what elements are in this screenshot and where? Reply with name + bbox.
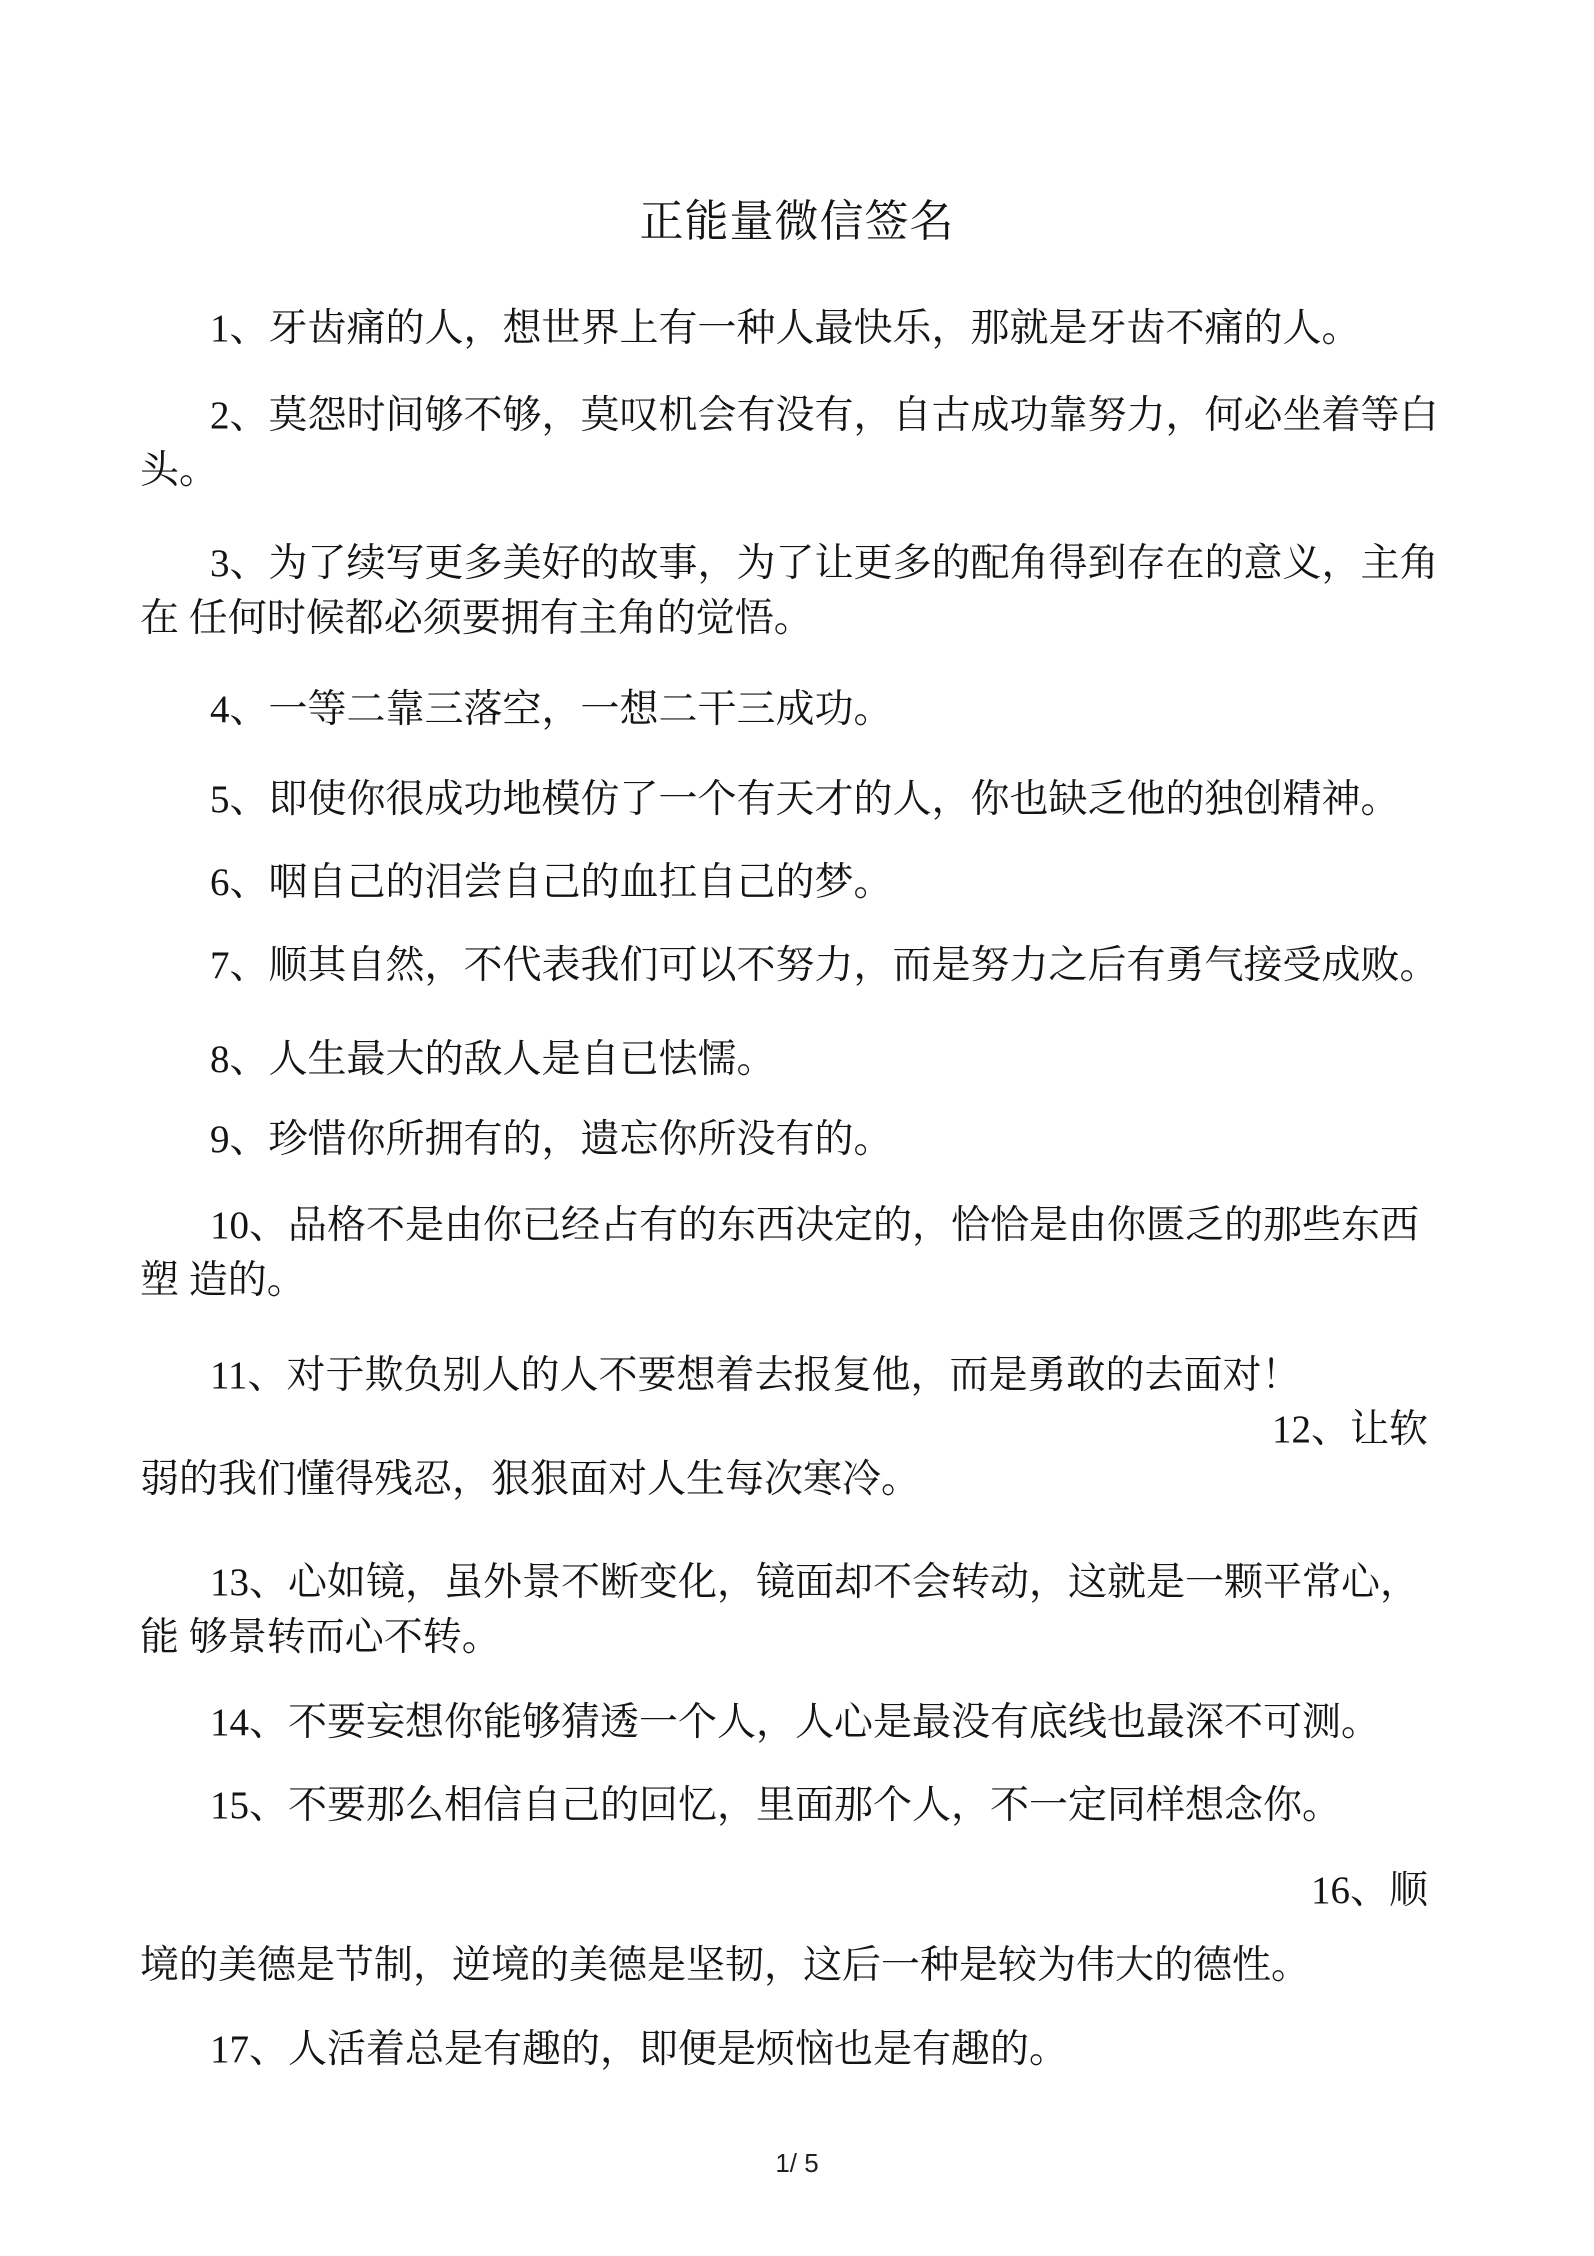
quote-line: 13、心如镜，虽外景不断变化，镜面却不会转动，这就是一颗平常心， <box>140 1555 1478 1610</box>
quote-item-1: 1、牙齿痛的人，想世界上有一种人最快乐，那就是牙齿不痛的人。 <box>140 301 1478 356</box>
quote-line: 4、一等二靠三落空，一想二干三成功。 <box>140 682 1478 737</box>
quote-line: 6、咽自己的泪尝自己的血扛自己的梦。 <box>140 855 1478 910</box>
quote-item-14: 14、不要妄想你能够猜透一个人，人心是最没有底线也最深不可测。 <box>140 1695 1478 1750</box>
quote-line: 5、即使你很成功地模仿了一个有天才的人，你也缺乏他的独创精神。 <box>140 772 1478 827</box>
quote-line: 16、顺 <box>140 1853 1478 1928</box>
quote-line: 9、珍惜你所拥有的，遗忘你所没有的。 <box>140 1112 1478 1167</box>
document-title: 正能量微信签名 <box>0 0 1594 246</box>
quote-line: 弱的我们懂得残忍，狠狠面对人生每次寒冷。 <box>140 1455 1478 1505</box>
quote-item-11: 11、对于欺负别人的人不要想着去报复他，而是勇敢的去面对！ <box>140 1348 1478 1403</box>
quote-item-4: 4、一等二靠三落空，一想二干三成功。 <box>140 682 1478 737</box>
quote-item-8: 8、人生最大的敌人是自已怯懦。 <box>140 1032 1478 1087</box>
quote-item-15: 15、不要那么相信自己的回忆，里面那个人，不一定同样想念你。 <box>140 1778 1478 1833</box>
quote-line: 塑 造的。 <box>140 1253 1478 1308</box>
quote-line: 10、品格不是由你已经占有的东西决定的，恰恰是由你匮乏的那些东西 <box>140 1198 1478 1253</box>
quote-list: 1、牙齿痛的人，想世界上有一种人最快乐，那就是牙齿不痛的人。 2、莫怨时间够不够… <box>140 301 1478 2077</box>
quote-line: 15、不要那么相信自己的回忆，里面那个人，不一定同样想念你。 <box>140 1778 1478 1833</box>
quote-line: 2、莫怨时间够不够，莫叹机会有没有，自古成功靠努力，何必坐着等白 <box>140 388 1478 443</box>
quote-item-17: 17、人活着总是有趣的，即便是烦恼也是有趣的。 <box>140 2022 1478 2077</box>
quote-line: 7、顺其自然，不代表我们可以不努力，而是努力之后有勇气接受成败。 <box>140 938 1478 993</box>
quote-line: 头。 <box>140 443 1478 498</box>
quote-item-13: 13、心如镜，虽外景不断变化，镜面却不会转动，这就是一颗平常心， 能 够景转而心… <box>140 1555 1478 1665</box>
quote-line: 12、让软 <box>140 1405 1478 1455</box>
page-number: 1/ 5 <box>0 2148 1594 2179</box>
quote-line: 14、不要妄想你能够猜透一个人，人心是最没有底线也最深不可测。 <box>140 1695 1478 1750</box>
document-page: 正能量微信签名 1、牙齿痛的人，想世界上有一种人最快乐，那就是牙齿不痛的人。 2… <box>0 0 1594 2256</box>
quote-item-3: 3、为了续写更多美好的故事，为了让更多的配角得到存在的意义，主角 在 任何时候都… <box>140 536 1478 646</box>
quote-item-2: 2、莫怨时间够不够，莫叹机会有没有，自古成功靠努力，何必坐着等白 头。 <box>140 388 1478 498</box>
quote-item-9: 9、珍惜你所拥有的，遗忘你所没有的。 <box>140 1112 1478 1167</box>
quote-line: 17、人活着总是有趣的，即便是烦恼也是有趣的。 <box>140 2022 1478 2077</box>
quote-line: 在 任何时候都必须要拥有主角的觉悟。 <box>140 591 1478 646</box>
quote-item-12: 12、让软 弱的我们懂得残忍，狠狠面对人生每次寒冷。 <box>140 1405 1478 1505</box>
quote-item-6: 6、咽自己的泪尝自己的血扛自己的梦。 <box>140 855 1478 910</box>
quote-line: 3、为了续写更多美好的故事，为了让更多的配角得到存在的意义，主角 <box>140 536 1478 591</box>
quote-line: 8、人生最大的敌人是自已怯懦。 <box>140 1032 1478 1087</box>
quote-item-7: 7、顺其自然，不代表我们可以不努力，而是努力之后有勇气接受成败。 <box>140 938 1478 993</box>
quote-line: 11、对于欺负别人的人不要想着去报复他，而是勇敢的去面对！ <box>140 1348 1478 1403</box>
quote-item-16: 16、顺 境的美德是节制，逆境的美德是坚韧，这后一种是较为伟大的德性。 <box>140 1853 1478 2003</box>
quote-item-10: 10、品格不是由你已经占有的东西决定的，恰恰是由你匮乏的那些东西 塑 造的。 <box>140 1198 1478 1308</box>
quote-item-5: 5、即使你很成功地模仿了一个有天才的人，你也缺乏他的独创精神。 <box>140 772 1478 827</box>
quote-line: 能 够景转而心不转。 <box>140 1610 1478 1665</box>
quote-line: 境的美德是节制，逆境的美德是坚韧，这后一种是较为伟大的德性。 <box>140 1928 1478 2003</box>
quote-line: 1、牙齿痛的人，想世界上有一种人最快乐，那就是牙齿不痛的人。 <box>140 301 1478 356</box>
